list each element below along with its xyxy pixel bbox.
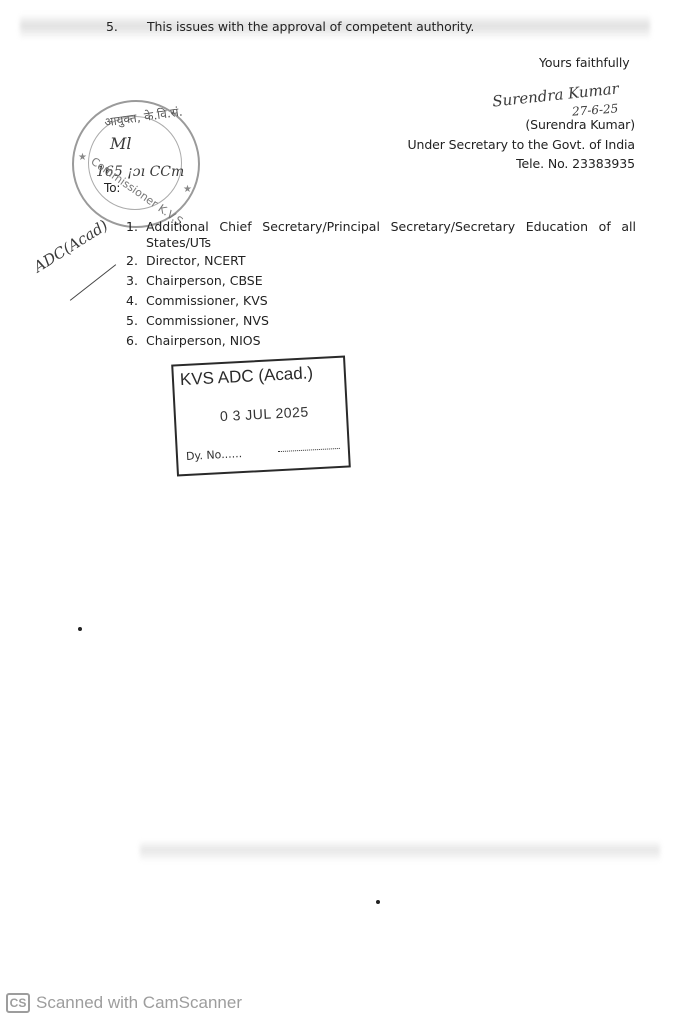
margin-note-stroke	[70, 264, 116, 300]
seal-star-icon: ★	[78, 152, 87, 163]
stamp-date: 0 3 JUL 2025	[220, 404, 309, 425]
list-item: 2.Director, NCERT	[126, 251, 636, 271]
stamp-diary-line	[278, 448, 340, 452]
watermark-text: Scanned with CamScanner	[36, 993, 242, 1013]
camscanner-watermark: CS Scanned with CamScanner	[6, 993, 242, 1013]
signatory-designation: Under Secretary to the Govt. of India	[407, 137, 635, 152]
seal-star-icon: ★	[183, 184, 192, 195]
list-item: 6.Chairperson, NIOS	[126, 331, 636, 351]
recipient-list: 1.Additional Chief Secretary/Principal S…	[126, 217, 636, 351]
speck	[78, 627, 82, 631]
stamp-title: KVS ADC (Acad.)	[179, 363, 313, 390]
list-item: 5.Commissioner, NVS	[126, 311, 636, 331]
signatory-name: (Surendra Kumar)	[525, 117, 635, 132]
camscanner-logo-icon: CS	[6, 993, 30, 1013]
list-item: States/UTs	[126, 233, 636, 253]
stamp-diary: Dy. No......	[186, 447, 243, 463]
para-text: This issues with the approval of compete…	[147, 19, 474, 34]
para-number: 5.	[106, 19, 118, 34]
scan-smudge	[140, 840, 660, 862]
list-item: 3.Chairperson, CBSE	[126, 271, 636, 291]
closing: Yours faithfully	[539, 55, 630, 70]
seal-initials: Ml	[110, 134, 132, 153]
list-item: 4.Commissioner, KVS	[126, 291, 636, 311]
commissioner-seal: आयुक्त, के.वि.सं. Ml 165 ¡ɔı CCm Commiss…	[72, 100, 200, 228]
speck	[376, 900, 380, 904]
to-label: To:	[104, 181, 120, 195]
margin-note: ADC(Acad)	[30, 216, 111, 276]
received-stamp: KVS ADC (Acad.) 0 3 JUL 2025 Dy. No.....…	[171, 356, 351, 477]
signatory-phone: Tele. No. 23383935	[516, 156, 635, 171]
